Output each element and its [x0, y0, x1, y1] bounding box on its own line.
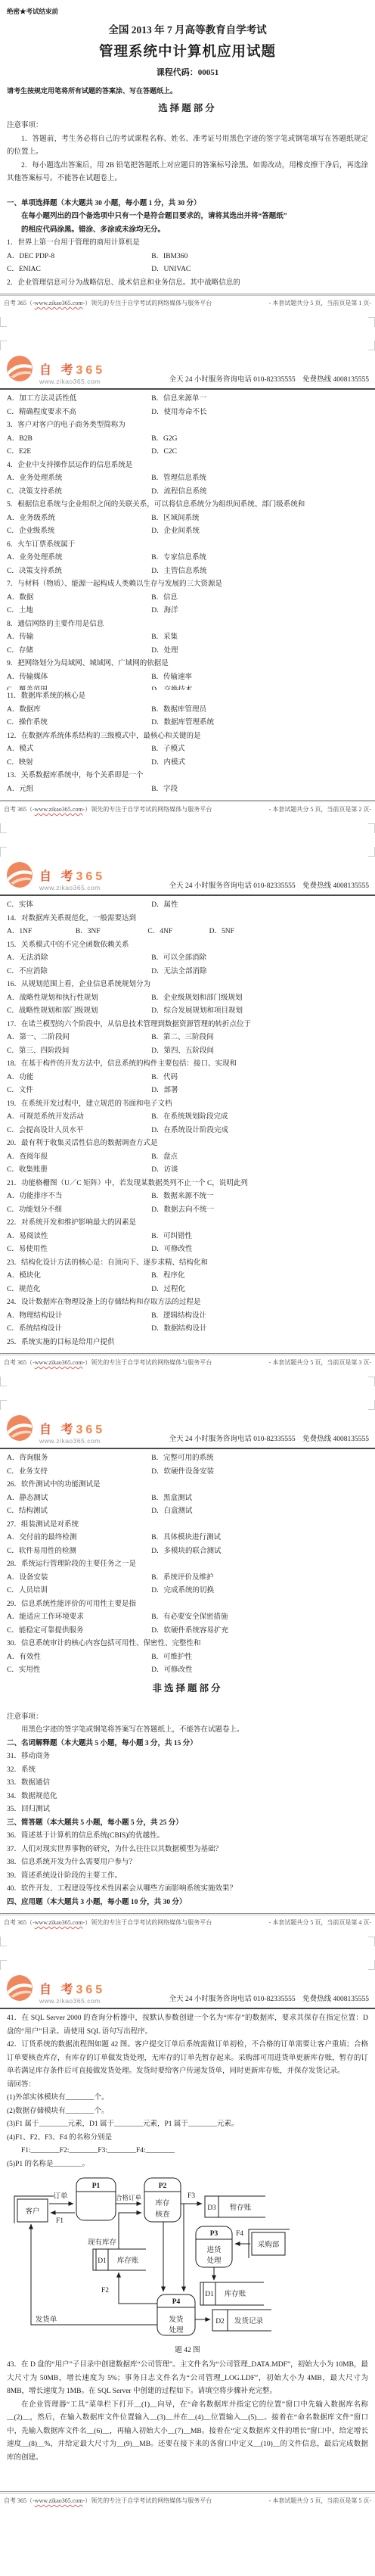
option-row: A．有效性B．可维护性 [7, 1651, 368, 1665]
option-cell-a: C．结构测试 [7, 1505, 151, 1519]
option-cell-b: D．内模式 [151, 757, 368, 770]
part-heading: 一、单项选择题（本大题共 30 小题，每小题 1 分，共 30 分） [7, 198, 368, 211]
option-cell-a: A．物理结构设计 [7, 1310, 151, 1324]
option-row: A．模块化B．程序化 [7, 1270, 368, 1283]
question-stem: 17．在诺兰模型的六个阶段中，从信息技术管理到数据资源管理的转折点位于 [7, 1019, 368, 1032]
question-stem: 3．客户对客户的电子商务类型简称为 [7, 419, 368, 433]
corner-mark [0, 1400, 7, 1410]
site-logo-bar: 自 考365www.zikao365.com全天 24 小时服务咨询电话 010… [0, 1973, 375, 2009]
option-cell-b: D．流程信息系统 [151, 486, 368, 499]
instruction-line: 请考生按规定用笔将所有试题的答案涂、写在答题纸上。 [7, 84, 368, 98]
option-row: A．咨询服务B．完整可用的系统 [7, 1452, 368, 1466]
option-cell-a: C．操作系统 [7, 717, 151, 730]
option-cell-a: C．业务支持 [7, 1466, 151, 1479]
question-stem: 16．从规划范围上看，企业信息系统规划分为 [7, 978, 368, 992]
corner-mark [368, 823, 375, 833]
hotline-text: 全天 24 小时服务咨询电话 010-82335555 免费热线 4008135… [169, 1434, 369, 1445]
logo-title-num: 365 [76, 1983, 105, 1996]
purchasing-label: 采购部 [258, 2240, 280, 2249]
option-cell-b: D．使用寿命不长 [151, 406, 368, 420]
footer-site-url: www.zikao365.com [35, 2497, 83, 2504]
option-cell-a: C．收集账册 [7, 1164, 151, 1178]
doc-line: (4)F1、F2、F3、F4 的名称分别是 [7, 2132, 368, 2145]
option-cell-a: C．系统结构设计 [7, 1323, 151, 1336]
doc-line: (1)外部实体模块有________个。 [7, 2092, 368, 2105]
logo-title: 自 考365 [39, 1983, 105, 1997]
option-cell-b: D．数据结构设计 [151, 1323, 368, 1336]
footer-site-url: www.zikao365.com [35, 1359, 83, 1366]
option-cell-b: B．G2G [151, 433, 368, 446]
option-cell-b: B．具体模块进行测试 [151, 1532, 368, 1545]
option-row: A．业务处理系统B．专家信息系统 [7, 552, 368, 565]
option-cell-b: B．数据来源不统一 [151, 1190, 368, 1204]
page-break: 自考 365（-www.zikao365.com-）领先的专注于自学考试的网络媒… [0, 1353, 375, 1449]
option-cell-a: A．功能 [7, 1072, 151, 1085]
question-stem: 14．对数据库关系规范化，一般需要达到 [7, 913, 368, 926]
question-stem: 19．在系统开发过程中，建立规范的书面和电子文档 [7, 1098, 368, 1112]
question-stem: 21．功能格栅图（U／C 矩阵）中，若发现某数据类列不止一个 C，说明此列 [7, 1178, 368, 1191]
doc-line: 注意事项： [7, 1711, 368, 1725]
option-cell-a: A．模式 [7, 743, 151, 757]
option-cell-b: B．信息来源单一 [151, 393, 368, 406]
option-row: A．传输B．采集 [7, 631, 368, 645]
hotline-text: 全天 24 小时服务咨询电话 010-82335555 免费热线 4008135… [169, 881, 369, 892]
d1-left-name-label: 库存账 [117, 2256, 139, 2265]
footer-left-post: -）领先的专注于自学考试的网络媒体与服务平台 [83, 300, 212, 306]
flow-current-inventory-arrow [119, 2213, 141, 2249]
page-break: 自考 365（-www.zikao365.com-）领先的专注于自学考试的网络媒… [0, 294, 375, 390]
option-cell-a: A．数据库 [7, 704, 151, 717]
option-cell-b: D．可修改性 [151, 1664, 368, 1678]
exam-title-line1: 全国 2013 年 7 月高等教育自学考试 [7, 20, 368, 40]
flow-f4-label: F4 [236, 2230, 243, 2238]
part-subheading: 在每小题列出的四个备选项中只有一个是符合题目要求的，请将其选出并将“答题纸” [7, 210, 368, 224]
question-stem: 25．系统实施的目标是给用户提供 [7, 1336, 368, 1350]
question-stem: 13．关系数据库系统中，每个关系即是一个 [7, 770, 368, 783]
site-logo-bar: 自 考365www.zikao365.com全天 24 小时服务咨询电话 010… [0, 353, 375, 390]
option-cell-b: D．企业间系统 [151, 525, 368, 539]
indented-line: 用黑色字迹的签字笔或钢笔将答案写在答题纸上，不能答在试题卷上。 [7, 1724, 368, 1738]
question-stem: 18．在基于构件的开发方法中，信息系统的构件主要包括：接口、实现和 [7, 1058, 368, 1072]
site-logo-bar: 自 考365www.zikao365.com全天 24 小时服务咨询电话 010… [0, 860, 375, 896]
option-cell-b: D．数据库管理系统 [151, 717, 368, 730]
option-cell-a: A．战略性规划和执行性规划 [7, 992, 151, 1006]
option-cell-b: B．黑盒测试 [151, 1492, 368, 1506]
page-footer-rule [0, 800, 375, 802]
paragraph: 43．在 D 盘的“用户”子目录中创建数据库“公司管理”。主文件名为“公司管理_… [7, 2359, 368, 2399]
option-cell-b: D．处理 [151, 645, 368, 658]
doc-line: (5)P1 的名称是________。 [7, 2158, 368, 2172]
p2-body-line1: 库存 [155, 2198, 169, 2207]
option-cell-b: B．子模式 [151, 743, 368, 757]
flow-f1-label: F1 [56, 2217, 64, 2225]
option-cell-a: A．可规范系统开发活动 [7, 1111, 151, 1125]
question-stem: 33．数据通信 [7, 1777, 368, 1790]
section-heading: 选择题部分 [7, 99, 368, 118]
doc-line: (3)F1 属于________元素，D1 属于________元素，P1 属于… [7, 2118, 368, 2132]
footer-left-pre: 自考 365（- [4, 1359, 35, 1366]
option-cell-b: B．管理信息系统 [151, 472, 368, 486]
doc-line: 注意事项： [7, 120, 368, 133]
logo-text-stack: 自 考365www.zikao365.com [39, 870, 105, 892]
logo-title-num: 365 [76, 364, 105, 377]
corner-mark [0, 847, 7, 857]
zikao365-logo [6, 355, 33, 386]
option-row: C．能稳定可靠提供服务D．软硬件系统容易扩充 [7, 1625, 368, 1638]
footer-site-url: www.zikao365.com [35, 1919, 83, 1926]
option-cell-a: C．软件易用性的检测 [7, 1545, 151, 1559]
option-row: A．能适应工作环境要求B．有必要安全保密措施 [7, 1611, 368, 1625]
option-cell-a: A．业务处理系统 [7, 552, 151, 565]
option-cell-a: A．业务处理系统 [7, 472, 151, 486]
option-cell-a: C．ENIAC [7, 263, 151, 277]
footer-left: 自考 365（-www.zikao365.com-）领先的专注于自学考试的网络媒… [4, 1918, 212, 1928]
footer-left-pre: 自考 365（- [4, 2497, 35, 2504]
part-heading: 二、名词解释题（本大题共 5 小题，每小题 3 分，共 15 分） [7, 1738, 368, 1751]
option-cell-a: A．无法消除 [7, 952, 151, 966]
option-cell-b: D．在系统设计阶段完成 [151, 1125, 368, 1138]
option-row: C．业务支持D．软硬件设备安装 [7, 1466, 368, 1479]
option-cell-b: D．软硬件系统容易扩充 [151, 1625, 368, 1638]
option-cell-b: D．交换技术 [151, 684, 368, 690]
question-stem: 15．关系模式中的不完全函数依赖关系 [7, 939, 368, 953]
p4-body-line2: 处理 [169, 2326, 184, 2335]
d1-left-id-label: D1 [98, 2257, 107, 2265]
option-cell-b: D．综合发展规划和项目规划 [151, 1005, 368, 1019]
option-cell-a: A．咨询服务 [7, 1452, 151, 1466]
p4-body-line1: 发货 [169, 2315, 184, 2324]
option-row: A．物理结构设计B．逻辑结构设计 [7, 1310, 368, 1324]
corner-mark [0, 1960, 7, 1970]
corner-mark [368, 341, 375, 350]
page-footer: 自考 365（-www.zikao365.com-）领先的专注于自学考试的网络媒… [0, 1918, 375, 1928]
option-cell-b: B．盘点 [151, 1151, 368, 1165]
option-cell-a: C．存储 [7, 645, 151, 658]
zikao365-logo [6, 1414, 33, 1445]
option-cell-b: D．主管信息系统 [151, 565, 368, 579]
question-stem: 7．与材料（物质）、能源一起构成人类赖以生存与发展的三大资源是 [7, 578, 368, 592]
footer-left: 自考 365（-www.zikao365.com-）领先的专注于自学考试的网络媒… [4, 1358, 212, 1368]
classification-label: 绝密★考试结束前 [7, 6, 368, 17]
option-cell-a: A．加工方法灵活性低 [7, 393, 151, 406]
option-cell-a: C．E2E [7, 446, 151, 459]
corner-mark [0, 317, 7, 327]
option-row: C．精确程度要求不高D．使用寿命不长 [7, 406, 368, 420]
flow-current-inventory-label: 现有库存 [88, 2238, 116, 2247]
question-stem: 5．根据信息系统与企业组织之间的关联关系，可以将信息系统分为组织间系统、部门级系… [7, 499, 368, 512]
option-cell-a: C．决策支持系统 [7, 486, 151, 499]
corner-mark [0, 341, 7, 350]
option-row: C．人员培训D．完成系统的切换 [7, 1585, 368, 1598]
option-cell-a: C．能稳定可靠提供服务 [7, 1625, 151, 1638]
option-cell-a: A．静态测试 [7, 1492, 151, 1506]
logo-site-url: www.zikao365.com [39, 1997, 105, 2005]
option-row: A．可规范系统开发活动B．在系统规划阶段完成 [7, 1111, 368, 1125]
option-cell-b: D．白盒测试 [151, 1505, 368, 1519]
part-subheading: 的相应代码涂黑。错涂、多涂或未涂均无分。 [7, 224, 368, 238]
page-break: 自考 365（-www.zikao365.com-）领先的专注于自学考试的网络媒… [0, 2491, 375, 2506]
footer-left-pre: 自考 365（- [4, 300, 35, 306]
question-stem: 27．组装测试是对系统 [7, 1519, 368, 1532]
logo-title-num: 365 [76, 870, 105, 883]
page-footer: 自考 365（-www.zikao365.com-）领先的专注于自学考试的网络媒… [0, 2496, 375, 2506]
section-heading: 非选择题部分 [7, 1679, 368, 1698]
blank-line [7, 186, 368, 198]
option-cell-b: D．UNIVAC [151, 263, 368, 277]
option-row: A．元组B．字段 [7, 783, 368, 797]
option-row: A．交付前的最终检测B．具体模块进行测试 [7, 1532, 368, 1545]
question-stem: 31．移动商务 [7, 1750, 368, 1764]
question-stem: 9．把网络划分为局域网、城域网、广域网的依据是 [7, 658, 368, 671]
option-cell-a: A．业务级系统 [7, 512, 151, 526]
blank-line [7, 2476, 368, 2487]
option-cell-b: B．在系统规划阶段完成 [151, 1111, 368, 1125]
footer-left-pre: 自考 365（- [4, 806, 35, 813]
corner-mark [368, 1960, 375, 1970]
option-cell-a: C．精确程度要求不高 [7, 406, 151, 420]
d3-name-label: 暂存账 [230, 2203, 252, 2212]
flow-order-label: 订单 [53, 2192, 68, 2201]
option-cell-c: C．4NF [147, 926, 209, 939]
dfd-svg: 客户 采购部 库存 核查 进货 处理 发货 处理 D3 暂存账 D1 库存账 D… [10, 2173, 371, 2338]
option-row: A．业务处理系统B．管理信息系统 [7, 472, 368, 486]
logo-title-cn: 自 考 [39, 1983, 76, 1996]
option-cell-b: B．IBM360 [151, 250, 368, 264]
footer-page-indicator: - 本套试题共分 5 页，当前页是第 4 页- [269, 1918, 371, 1928]
doc-line: 请回答： [7, 2079, 368, 2092]
option-row: A．无法消除B．可以全部消除 [7, 952, 368, 966]
option-cell-a: A．传输媒体 [7, 671, 151, 685]
option-row: A．传输媒体B．传输速率 [7, 671, 368, 685]
question-stem: 23．结构化设计方法的核心是：自顶向下、逐步求精、结构化和 [7, 1257, 368, 1271]
option-cell-a: A．易阅读性 [7, 1230, 151, 1244]
question-stem: 20．最有利于收集灵活性信息的数据调查方式是 [7, 1137, 368, 1151]
d2-name-label: 发货记录 [234, 2316, 264, 2326]
logo-title-num: 365 [76, 1423, 105, 1436]
option-row: A．1NFB．3NFC．4NFD．5NF [7, 926, 368, 939]
option-row: C．收集账册D．访谈 [7, 1164, 368, 1178]
option-row: A．数据库B．数据库管理员 [7, 704, 368, 717]
option-cell-b: B．传输速率 [151, 671, 368, 685]
customer-label: 客户 [25, 2207, 39, 2216]
option-cell-b: B．数据库管理员 [151, 704, 368, 717]
option-cell-a: A．设备安装 [7, 1572, 151, 1585]
option-cell-b: B．区域间系统 [151, 512, 368, 526]
footer-left: 自考 365（-www.zikao365.com-）领先的专注于自学考试的网络媒… [4, 298, 212, 309]
dfd-diagram: 客户 采购部 库存 核查 进货 处理 发货 处理 D3 暂存账 D1 库存账 D… [10, 2173, 368, 2342]
option-row: C．存储D．处理 [7, 645, 368, 658]
flow-f2-label: F2 [101, 2287, 109, 2294]
option-cell-b: B．3NF [76, 926, 148, 939]
p3-body-line2: 处理 [206, 2256, 222, 2265]
option-row: C．实体D．属性 [7, 899, 368, 913]
logo-title-cn: 自 考 [39, 364, 76, 377]
option-cell-b: B．可纠错性 [151, 1230, 368, 1244]
corner-mark [0, 823, 7, 833]
question-stem: 4．企业中支持操作层运作的信息系统是 [7, 459, 368, 473]
option-cell-a: A．模块化 [7, 1270, 151, 1283]
option-cell-a: C．功能划分不细 [7, 1204, 151, 1218]
logo-title-cn: 自 考 [39, 870, 76, 883]
page-footer-rule [0, 2491, 375, 2494]
logo-title: 自 考365 [39, 870, 105, 884]
part-heading: 三、简答题（本大题共 5 小题，每小题 5 分，共 25 分） [7, 1817, 368, 1831]
hotline-text: 全天 24 小时服务咨询电话 010-82335555 免费热线 4008135… [169, 375, 369, 386]
zikao365-logo-icon [6, 861, 33, 888]
corner-mark [368, 1937, 375, 1946]
page-gap [0, 1932, 375, 1973]
question-stem: 30．信息系统审计的核心内容包括可用性、保密性、完整性和 [7, 1638, 368, 1651]
page-footer-rule [0, 1913, 375, 1915]
logo-text-stack: 自 考365www.zikao365.com [39, 1983, 105, 2005]
question-stem: 11．数据库系统的核心是 [7, 690, 368, 704]
option-cell-a: A．DEC PDP-8 [7, 250, 151, 264]
blank-line [7, 1700, 368, 1711]
option-cell-a: C．映射 [7, 757, 151, 770]
flow-f3-label: F3 [187, 2192, 195, 2200]
option-cell-a: A．元组 [7, 783, 151, 797]
hotline-text: 全天 24 小时服务咨询电话 010-82335555 免费热线 4008135… [169, 1994, 369, 2005]
blank-line [7, 2465, 368, 2476]
flow-f2-arrow [119, 2273, 157, 2304]
option-cell-b: D．部署 [151, 1084, 368, 1098]
option-row: C．决策支持系统D．主管信息系统 [7, 565, 368, 579]
question-stem: 24．设计数据库在物理设备上的存储结构和存取方法的过程是 [7, 1296, 368, 1310]
option-cell-b: B．代码 [151, 1072, 368, 1085]
corner-mark [0, 1377, 7, 1386]
option-cell-b: B．可维护性 [151, 1651, 368, 1665]
option-row: C．ENIACD．UNIVAC [7, 263, 368, 277]
paragraph: 41．在 SQL Server 2000 的查询分析器中，按默认参数创建一个名为… [7, 2012, 368, 2039]
option-cell-a: A．数据 [7, 592, 151, 605]
doc-line: (2)数据存储模块有________个。 [7, 2105, 368, 2119]
logo-text-stack: 自 考365www.zikao365.com [39, 1423, 105, 1445]
option-cell-a: C．决策支持系统 [7, 565, 151, 579]
option-cell-a: C．易使用性 [7, 1243, 151, 1257]
option-cell-b: B．完整可用的系统 [151, 1452, 368, 1466]
footer-left-pre: 自考 365（- [4, 1919, 35, 1926]
footer-page-indicator: - 本套试题共分 5 页，当前页是第 1 页- [269, 298, 371, 309]
logo-site-url: www.zikao365.com [39, 884, 105, 892]
logo-site-url: www.zikao365.com [39, 1437, 105, 1445]
d3-id-label: D3 [207, 2204, 216, 2212]
option-row: C．会提高设计人员水平D．在系统设计阶段完成 [7, 1125, 368, 1138]
question-stem: 32．系统 [7, 1764, 368, 1778]
option-cell-b: B．系统评价及维护 [151, 1572, 368, 1585]
option-cell-b: D．无法全部消除 [151, 966, 368, 979]
course-code: 课程代码：00051 [7, 64, 368, 82]
option-cell-b: B．企业级规划和部门级规划 [151, 992, 368, 1006]
option-row: C．系统结构设计D．数据结构设计 [7, 1323, 368, 1336]
option-cell-a: C．规范化 [7, 1283, 151, 1297]
question-stem: 6．火车订票系统属于 [7, 539, 368, 552]
question-stem: 22．对系统开发和维护影响最大的因素是 [7, 1217, 368, 1230]
option-cell-a: C．战略性规划和部门级规划 [7, 1005, 151, 1019]
p2-id-label: P2 [159, 2182, 167, 2190]
option-row: A．静态测试B．黑盒测试 [7, 1492, 368, 1506]
question-stem: 39．简述系统设计阶段的主要工作。 [7, 1870, 368, 1884]
footer-page-indicator: - 本套试题共分 5 页，当前页是第 3 页- [269, 1358, 371, 1368]
option-cell-b: B．第二、三阶段间 [151, 1031, 368, 1045]
option-row: A．第一、二阶段间B．第二、三阶段间 [7, 1031, 368, 1045]
option-row: A．功能B．代码 [7, 1072, 368, 1085]
option-cell-a: A．传输 [7, 631, 151, 645]
site-logo-bar: 自 考365www.zikao365.com全天 24 小时服务咨询电话 010… [0, 1413, 375, 1449]
option-cell-a: C．实体 [7, 899, 151, 913]
option-row: C．不应消除D．无法全部消除 [7, 966, 368, 979]
option-cell-a: A．交付前的最终检测 [7, 1532, 151, 1545]
option-cell-a: C．不应消除 [7, 966, 151, 979]
option-row: A．业务级系统B．区域间系统 [7, 512, 368, 526]
corner-mark [368, 1400, 375, 1410]
option-cell-b: B．有必要安全保密措施 [151, 1611, 368, 1625]
paragraph: 42．订货系统的数据流程图如题 42 图。客户提交订单后系统需做订单初检，不合格… [7, 2039, 368, 2079]
option-cell-a: C．第三、四阶段间 [7, 1045, 151, 1059]
question-stem: 37．人们对现实世界事物的研究，为什么往往以其数据模型为基础？ [7, 1843, 368, 1857]
question-stem: 1．世界上第一台用于管理的商用计算机是 [7, 237, 368, 250]
d2-id-label: D2 [215, 2318, 225, 2326]
option-cell-a: C．土地 [7, 605, 151, 618]
corner-mark [368, 1377, 375, 1386]
option-row: A．数据B．信息 [7, 592, 368, 605]
zikao365-logo-icon [6, 1974, 33, 2002]
logo-title: 自 考365 [39, 364, 105, 378]
corner-mark [0, 1937, 7, 1946]
footer-left-post: -）领先的专注于自学考试的网络媒体与服务平台 [83, 1359, 212, 1366]
option-cell-b: D．完成系统的切换 [151, 1585, 368, 1598]
footer-left-post: -）领先的专注于自学考试的网络媒体与服务平台 [83, 806, 212, 813]
option-row: C．第三、四阶段间D．第四、五阶段间 [7, 1045, 368, 1059]
option-row: A．加工方法灵活性低B．信息来源单一 [7, 393, 368, 406]
logo-text-stack: 自 考365www.zikao365.com [39, 364, 105, 386]
option-cell-a: A．1NF [7, 926, 76, 939]
option-row: C．战略性规划和部门级规划D．综合发展规划和项目规划 [7, 1005, 368, 1019]
question-stem: 8．通信网络的主要作用是信息 [7, 618, 368, 632]
paragraph: 2．每小题选出答案后，用 2B 铅笔把答题纸上对应题目的答案标号涂黑。如需改动，… [7, 160, 368, 186]
option-cell-b: D．可修改性 [151, 1243, 368, 1257]
flow-ship-note-label: 发货单 [36, 2315, 57, 2324]
page-gap [0, 313, 375, 353]
exam-title-line2: 管理系统中计算机应用试题 [7, 40, 368, 64]
d1-right-id-label: D1 [205, 2291, 214, 2298]
p1-id-label: P1 [92, 2182, 101, 2190]
option-cell-b: D．数据去向不统一 [151, 1204, 368, 1218]
footer-page-indicator: - 本套试题共分 5 页，当前页是第 2 页- [269, 804, 371, 815]
question-stem: 26．软件测试中的功能测试是 [7, 1479, 368, 1492]
option-row: C．软件易用性的检测D．多模块的联合测试 [7, 1545, 368, 1559]
figure-caption: 题 42 图 [7, 2342, 368, 2359]
exam-document: 绝密★考试结束前全国 2013 年 7 月高等教育自学考试管理系统中计算机应用试… [0, 0, 375, 2532]
option-row: A．战略性规划和执行性规划B．企业级规划和部门级规划 [7, 992, 368, 1006]
option-row: C．易使用性D．可修改性 [7, 1243, 368, 1257]
option-cell-a: A．查阅年报 [7, 1151, 151, 1165]
page-gap [0, 819, 375, 860]
dfd-shapes [14, 2178, 290, 2335]
option-cell-b: D．属性 [151, 899, 368, 913]
option-row: C．文件D．部署 [7, 1084, 368, 1098]
option-cell-b: B．逻辑结构设计 [151, 1310, 368, 1324]
question-stem: 38．信息系统开发为什么需要用户参与？ [7, 1856, 368, 1870]
corner-mark [368, 847, 375, 857]
option-cell-b: B．采集 [151, 631, 368, 645]
option-cell-a: C．实用性 [7, 1664, 151, 1678]
option-row: C．企业级系统D．企业间系统 [7, 525, 368, 539]
option-row: A．DEC PDP-8B．IBM360 [7, 250, 368, 264]
option-cell-b: D．C2C [151, 446, 368, 459]
option-row: A．易阅读性B．可纠错性 [7, 1230, 368, 1244]
footer-left-post: -）领先的专注于自学考试的网络媒体与服务平台 [83, 1919, 212, 1926]
paragraph: 在企业管理器“工具”菜单栏下打开__(1)__向导，在“命名数据库并指定它的位置… [7, 2399, 368, 2466]
